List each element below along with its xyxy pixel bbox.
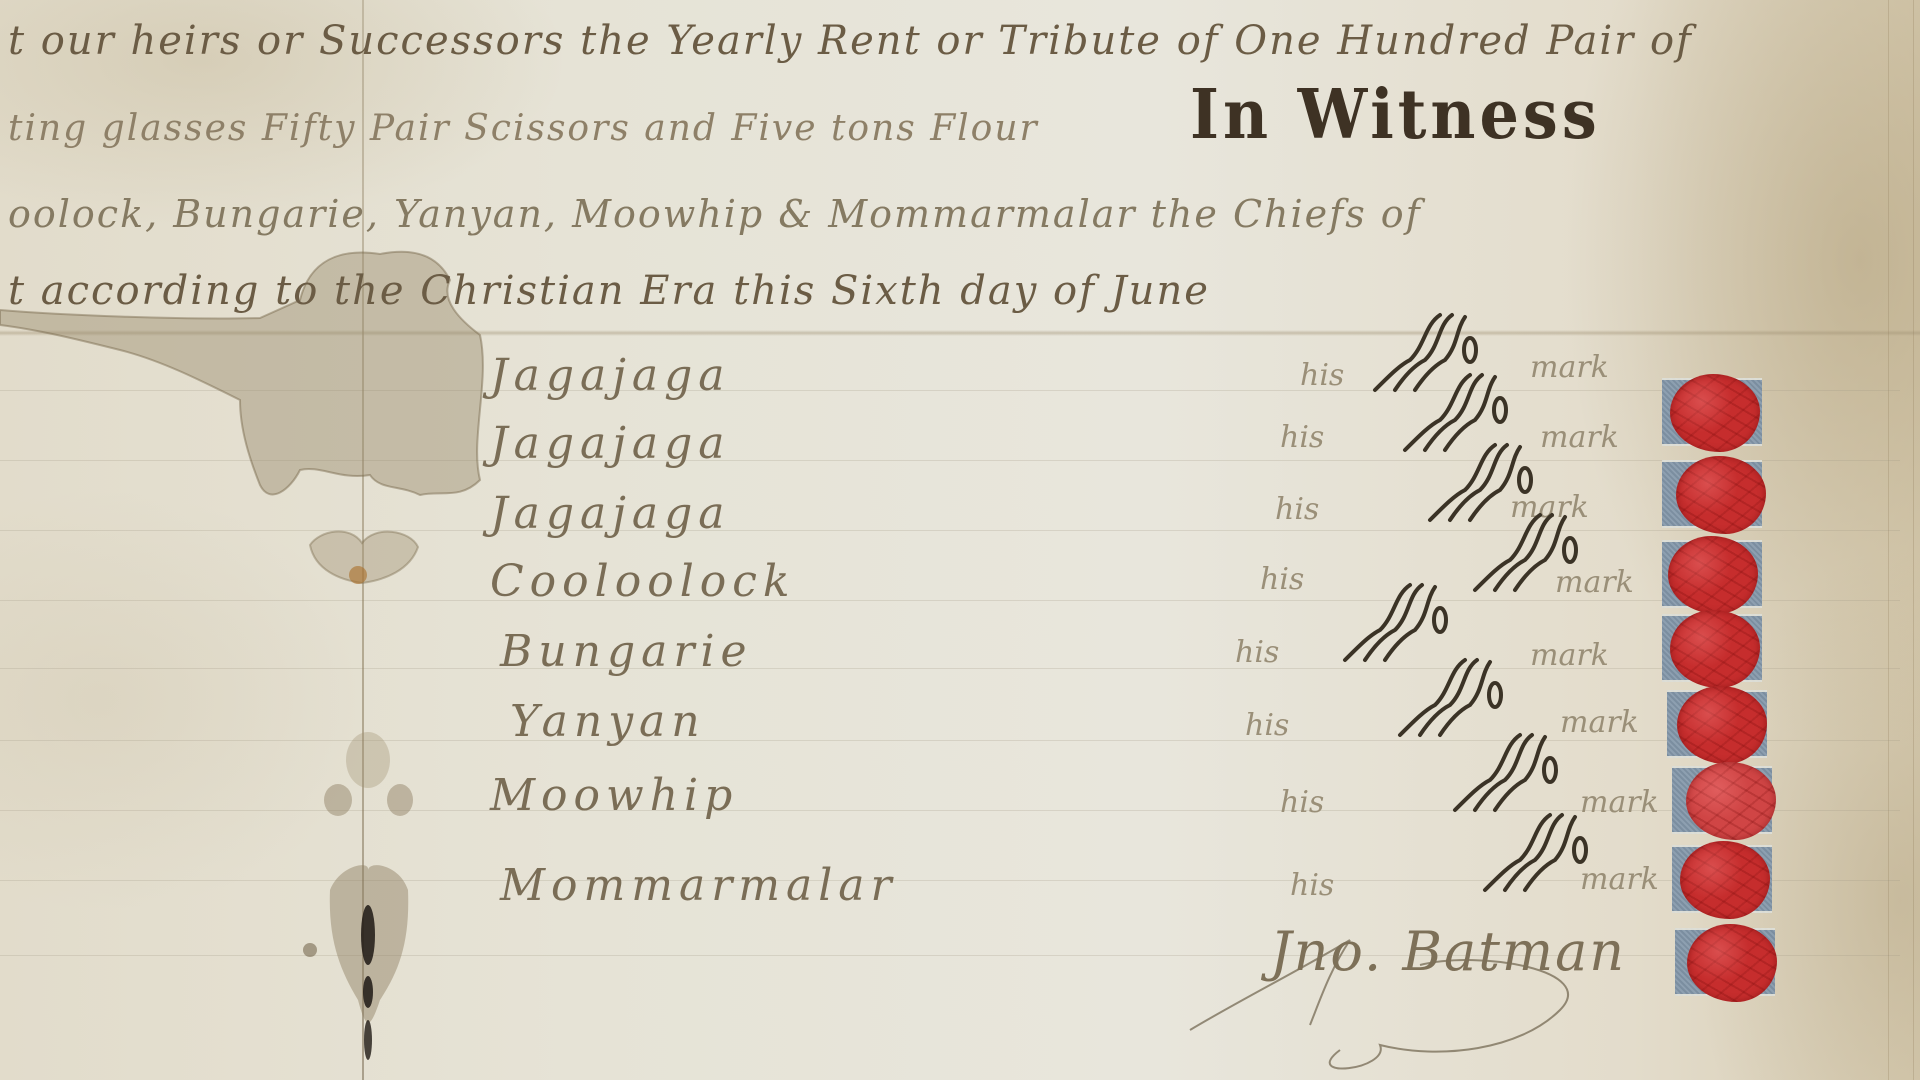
signatory-name: Bungarie (500, 626, 753, 677)
chief-mark-icon (1450, 725, 1560, 815)
wax-seal (1672, 845, 1772, 913)
his-word: his (1245, 708, 1289, 743)
his-word: his (1260, 562, 1304, 597)
ruled-line (0, 740, 1900, 741)
right-edge-lines (1888, 0, 1914, 1080)
mark-word: mark (1530, 638, 1609, 673)
wax-seal (1662, 540, 1762, 608)
wax-seal (1662, 614, 1762, 682)
his-word: his (1275, 492, 1319, 527)
mark-word: mark (1540, 420, 1619, 455)
signatory-name: Mommarmalar (500, 860, 898, 911)
signatory-name: Jagajaga (490, 418, 731, 469)
signatory-name: Moowhip (490, 770, 738, 821)
signatory-name: Jagajaga (490, 488, 731, 539)
ruled-line (0, 600, 1900, 601)
signatory-name: Cooloolock (490, 556, 796, 607)
mark-word: mark (1530, 350, 1609, 385)
his-word: his (1280, 785, 1324, 820)
signatory-name: Yanyan (510, 696, 706, 747)
in-witness-heading: In Witness (1190, 74, 1601, 154)
wax-seal (1672, 766, 1772, 834)
document-page: t our heirs or Successors the Yearly Ren… (0, 0, 1920, 1080)
his-word: his (1235, 635, 1279, 670)
ruled-line (0, 668, 1900, 669)
body-text-line-1: t our heirs or Successors the Yearly Ren… (8, 18, 1693, 64)
wax-seal (1662, 378, 1762, 446)
wax-seal (1675, 928, 1775, 996)
water-stain-small (300, 525, 430, 595)
ink-blot-stain (300, 700, 430, 1080)
mark-word: mark (1580, 862, 1659, 897)
his-word: his (1280, 420, 1324, 455)
chief-mark-icon (1470, 505, 1580, 595)
mark-word: mark (1580, 785, 1659, 820)
witness-signature: Jno. Batman (1270, 920, 1626, 983)
wax-seal (1667, 690, 1767, 758)
chief-mark-icon (1480, 805, 1590, 895)
ruled-line (0, 530, 1900, 531)
body-text-line-4: t according to the Christian Era this Si… (8, 268, 1210, 314)
his-word: his (1300, 358, 1344, 393)
his-word: his (1290, 868, 1334, 903)
body-text-line-2: ting glasses Fifty Pair Scissors and Fiv… (8, 108, 1039, 149)
wax-seal (1662, 460, 1762, 528)
signatory-name: Jagajaga (490, 350, 731, 401)
mark-word: mark (1560, 705, 1639, 740)
body-text-line-3: oolock, Bungarie, Yanyan, Moowhip & Momm… (8, 192, 1422, 236)
